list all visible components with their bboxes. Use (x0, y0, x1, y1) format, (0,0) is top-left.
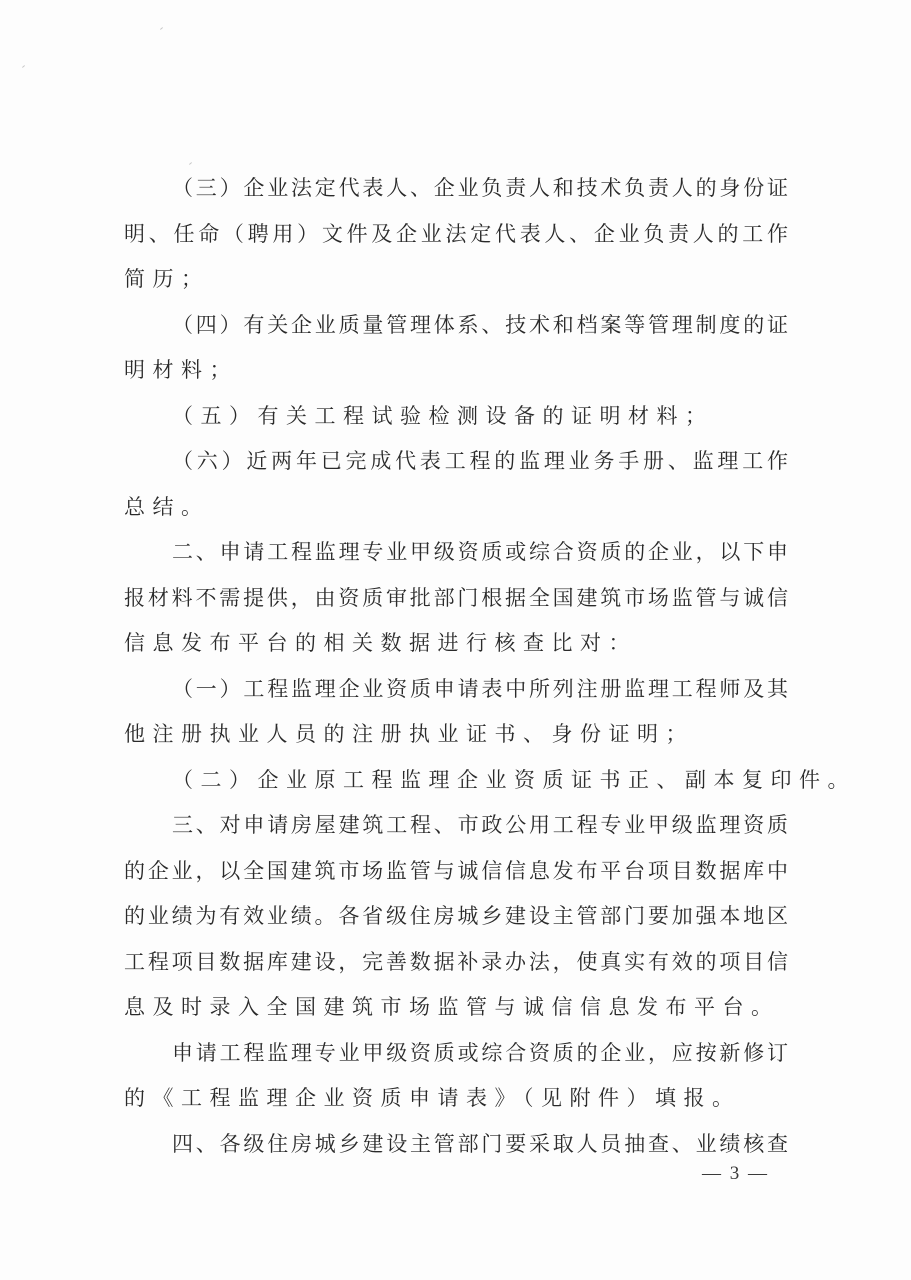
text-line: 他注册执业人员的注册执业证书、身份证明； (124, 712, 788, 758)
text-line: 四、各级住房城乡建设主管部门要采取人员抽查、业绩核查 (124, 1122, 788, 1168)
body-text: （三）企业法定代表人、企业负责人和技术负责人的身份证 明、任命（聘用）文件及企业… (124, 166, 788, 1167)
page-number: — 3 — (702, 1163, 769, 1185)
text-line: （一）工程监理企业资质申请表中所列注册监理工程师及其 (124, 667, 788, 713)
text-line: 明、任命（聘用）文件及企业法定代表人、企业负责人的工作 (124, 212, 788, 258)
text-line: 报材料不需提供，由资质审批部门根据全国建筑市场监管与诚信 (124, 576, 788, 622)
text-line: 的企业，以全国建筑市场监管与诚信信息发布平台项目数据库中 (124, 849, 788, 895)
scan-speck (22, 65, 25, 68)
text-line: 的业绩为有效业绩。各省级住房城乡建设主管部门要加强本地区 (124, 894, 788, 940)
text-line: （二）企业原工程监理企业资质证书正、副本复印件。 (124, 758, 788, 804)
text-line: 二、申请工程监理专业甲级资质或综合资质的企业，以下申 (124, 530, 788, 576)
scan-speck (160, 27, 163, 30)
text-line: 三、对申请房屋建筑工程、市政公用工程专业甲级监理资质 (124, 803, 788, 849)
text-line: （六）近两年已完成代表工程的监理业务手册、监理工作 (124, 439, 788, 485)
text-line: （四）有关企业质量管理体系、技术和档案等管理制度的证 (124, 303, 788, 349)
text-line: 总结。 (124, 485, 788, 531)
text-line: 信息发布平台的相关数据进行核查比对： (124, 621, 788, 667)
text-line: 明材料； (124, 348, 788, 394)
text-line: （五）有关工程试验检测设备的证明材料； (124, 394, 788, 440)
text-line: 申请工程监理专业甲级资质或综合资质的企业，应按新修订 (124, 1031, 788, 1077)
text-line: （三）企业法定代表人、企业负责人和技术负责人的身份证 (124, 166, 788, 212)
text-line: 工程项目数据库建设，完善数据补录办法，使真实有效的项目信 (124, 940, 788, 986)
document-page: （三）企业法定代表人、企业负责人和技术负责人的身份证 明、任命（聘用）文件及企业… (0, 0, 911, 1280)
text-line: 息及时录入全国建筑市场监管与诚信信息发布平台。 (124, 985, 788, 1031)
text-line: 简历； (124, 257, 788, 303)
text-line: 的《工程监理企业资质申请表》（见附件）填报。 (124, 1076, 788, 1122)
scan-speck (189, 162, 192, 165)
